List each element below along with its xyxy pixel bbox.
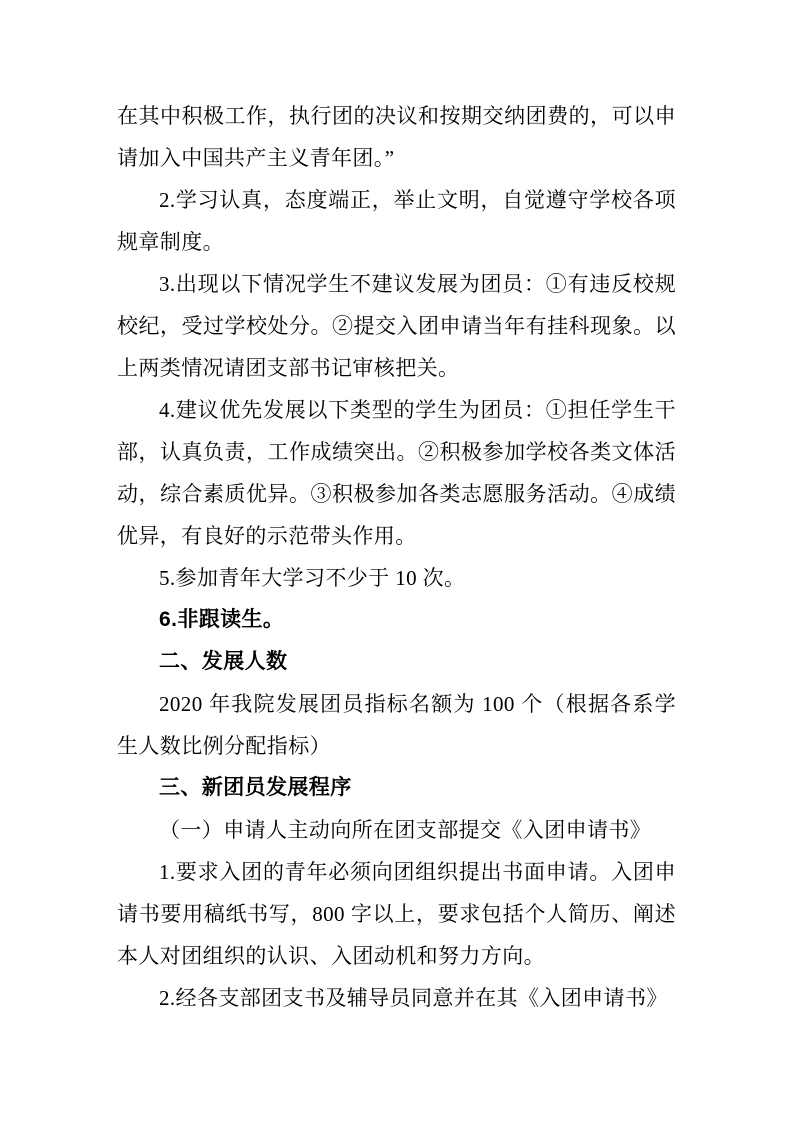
paragraph-11: 1.要求入团的青年必须向团组织提出书面申请。入团申请书要用稿纸书写，800 字以…: [117, 851, 676, 977]
paragraph-4: 4.建议优先发展以下类型的学生为团员：①担任学生干部，认真负责，工作成绩突出。②…: [117, 389, 676, 557]
paragraph-1: 在其中积极工作，执行团的决议和按期交纳团费的，可以申请加入中国共产主义青年团。”: [117, 95, 676, 179]
paragraph-12: 2.经各支部团支书及辅导员同意并在其《入团申请书》: [117, 977, 676, 1019]
paragraph-9: 三、新团员发展程序: [117, 767, 676, 809]
document-body: 在其中积极工作，执行团的决议和按期交纳团费的，可以申请加入中国共产主义青年团。”…: [117, 95, 676, 1019]
document-page: 在其中积极工作，执行团的决议和按期交纳团费的，可以申请加入中国共产主义青年团。”…: [0, 0, 793, 1122]
paragraph-10: （一）申请人主动向所在团支部提交《入团申请书》: [117, 809, 676, 851]
paragraph-7: 二、发展人数: [117, 641, 676, 683]
paragraph-5: 5.参加青年大学习不少于 10 次。: [117, 557, 676, 599]
paragraph-8: 2020 年我院发展团员指标名额为 100 个（根据各系学生人数比例分配指标）: [117, 683, 676, 767]
paragraph-3: 3.出现以下情况学生不建议发展为团员：①有违反校规校纪，受过学校处分。②提交入团…: [117, 263, 676, 389]
paragraph-6: 6.非跟读生。: [117, 599, 676, 641]
paragraph-2: 2.学习认真，态度端正，举止文明，自觉遵守学校各项规章制度。: [117, 179, 676, 263]
